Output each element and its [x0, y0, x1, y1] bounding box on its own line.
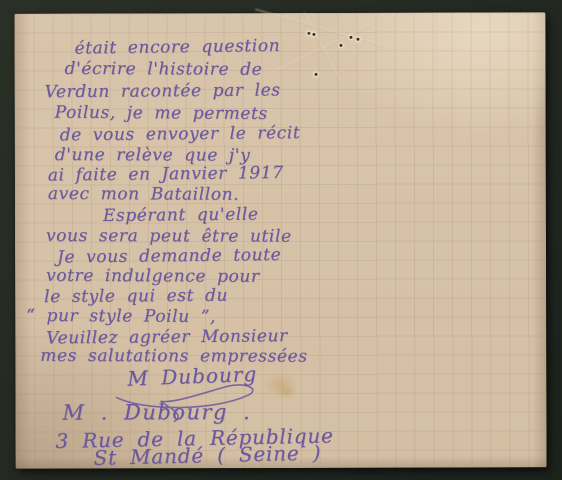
address-line-2: St Mandé ( Seine )	[93, 444, 321, 468]
letter-line: votre indulgence pour	[46, 267, 260, 287]
pin-hole	[312, 33, 315, 36]
signature: M Dubourg	[127, 365, 257, 389]
signed-name: M . Dubourg .	[62, 403, 251, 422]
letter-line: avec mon Bataillon.	[48, 185, 239, 205]
letter-line: de vous envoyer le récit	[60, 124, 301, 145]
letter-line: Espérant qu'elle	[103, 206, 259, 226]
pin-hole	[349, 36, 352, 39]
letter-line: “ pur style Poilu ”,	[26, 307, 216, 327]
stain	[277, 385, 297, 399]
pin-hole	[339, 44, 342, 47]
letter-page: était encore questiond'écrire l'histoire…	[14, 12, 546, 468]
letter-line: mes salutations empressées	[40, 347, 307, 367]
pin-hole	[356, 38, 359, 41]
letter-line: Je vous demande toute	[57, 246, 281, 268]
pin-hole	[307, 32, 310, 35]
letter-line: d'écrire l'histoire de	[65, 60, 263, 80]
letter-line: Verdun racontée par les	[45, 81, 281, 102]
letter-line: vous sera peut être utile	[46, 227, 292, 247]
pin-hole	[315, 73, 318, 76]
letter-line: Poilus, je me permets	[55, 104, 268, 124]
letter-line: le style qui est du	[44, 287, 228, 307]
photograph-background: était encore questiond'écrire l'histoire…	[0, 0, 562, 480]
crease	[434, 13, 436, 83]
letter-line: ai faite en Janvier 1917	[48, 164, 284, 186]
letter-line: d'une relève que j'y	[55, 146, 251, 166]
letter-line: était encore question	[74, 37, 280, 59]
